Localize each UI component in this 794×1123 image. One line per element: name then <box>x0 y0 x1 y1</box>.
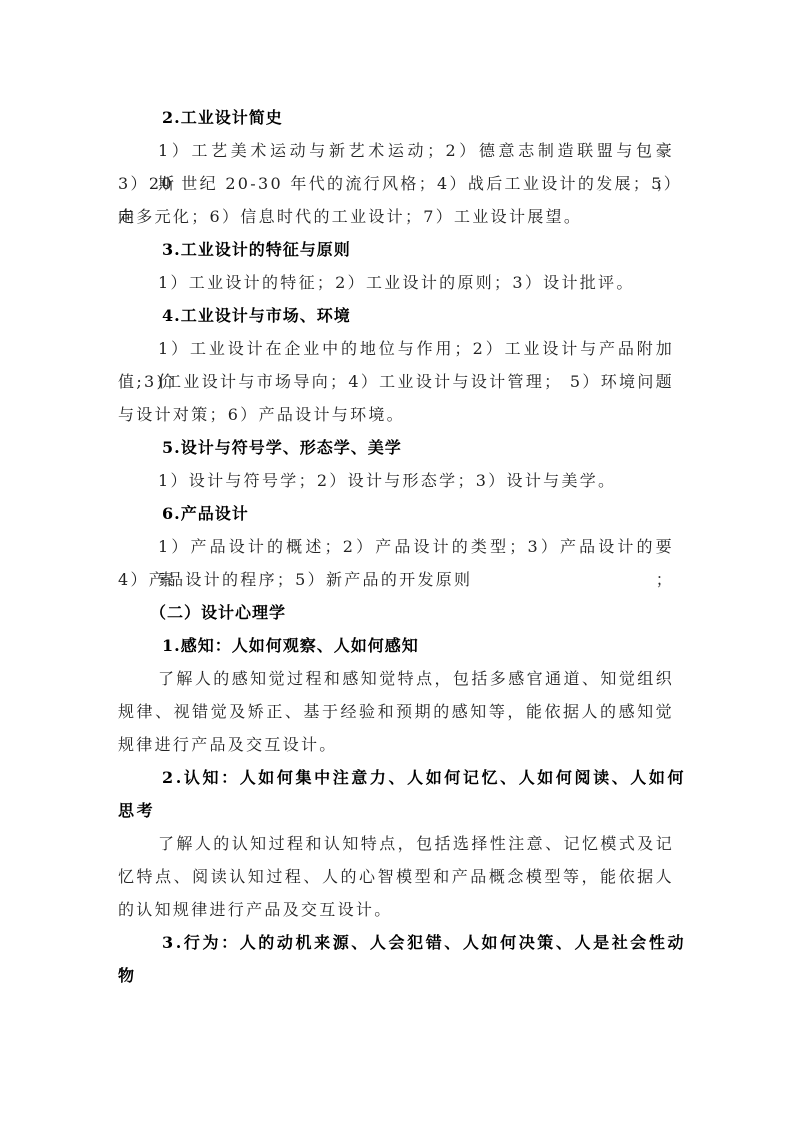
section-body-line: 1）工艺美术运动与新艺术运动；2）德意志制造联盟与包豪斯； <box>118 134 674 167</box>
section-body-line: 的认知规律进行产品及交互设计。 <box>118 893 674 926</box>
section-body-line: 忆特点、阅读认知过程、人的心智模型和产品概念模型等，能依据人 <box>118 860 674 893</box>
section-body-line: 1）设计与符号学；2）设计与形态学；3）设计与美学。 <box>118 464 674 497</box>
section-body-line: 1）工业设计在企业中的地位与作用；2）工业设计与产品附加价 <box>118 332 674 365</box>
section-heading-behavior: 3.行为：人的动机来源、人会犯错、人如何决策、人是社会性动 <box>118 926 674 959</box>
section-heading-product-design: 6.产品设计 <box>118 497 674 530</box>
section-heading-semiotics: 5.设计与符号学、形态学、美学 <box>118 431 674 464</box>
section-body-line: 值;3)工业设计与市场导向；4）工业设计与设计管理； 5）环境问题 <box>118 365 674 398</box>
section-body-line: 了解人的感知觉过程和感知觉特点，包括多感官通道、知觉组织 <box>118 662 674 695</box>
section-body-line: 向多元化；6）信息时代的工业设计；7）工业设计展望。 <box>118 200 674 233</box>
document-page: 2.工业设计简史 1）工艺美术运动与新艺术运动；2）德意志制造联盟与包豪斯； 3… <box>118 101 674 992</box>
section-body-line: 规律进行产品及交互设计。 <box>118 728 674 761</box>
section-body-line: 与设计对策；6）产品设计与环境。 <box>118 398 674 431</box>
section-heading-cognition-cont: 思考 <box>118 794 674 827</box>
section-heading-behavior-cont: 物 <box>118 959 674 992</box>
section-heading-features: 3.工业设计的特征与原则 <box>118 233 674 266</box>
section-heading-cognition: 2.认知：人如何集中注意力、人如何记忆、人如何阅读、人如何 <box>118 761 674 794</box>
section-body-line: 1）产品设计的概述；2）产品设计的类型；3）产品设计的要素； <box>118 530 674 563</box>
section-body-line: 1）工业设计的特征；2）工业设计的原则；3）设计批评。 <box>118 266 674 299</box>
section-body-line: 了解人的认知过程和认知特点，包括选择性注意、记忆模式及记 <box>118 827 674 860</box>
section-heading-market: 4.工业设计与市场、环境 <box>118 299 674 332</box>
section-body-line: 规律、视错觉及矫正、基于经验和预期的感知等，能依据人的感知觉 <box>118 695 674 728</box>
part-heading-design-psychology: （二）设计心理学 <box>118 596 674 629</box>
section-body-line: 3）20 世纪 20-30 年代的流行风格；4）战后工业设计的发展；5）走 <box>118 167 674 200</box>
section-heading-perception: 1.感知：人如何观察、人如何感知 <box>118 629 674 662</box>
section-heading-history: 2.工业设计简史 <box>118 101 674 134</box>
